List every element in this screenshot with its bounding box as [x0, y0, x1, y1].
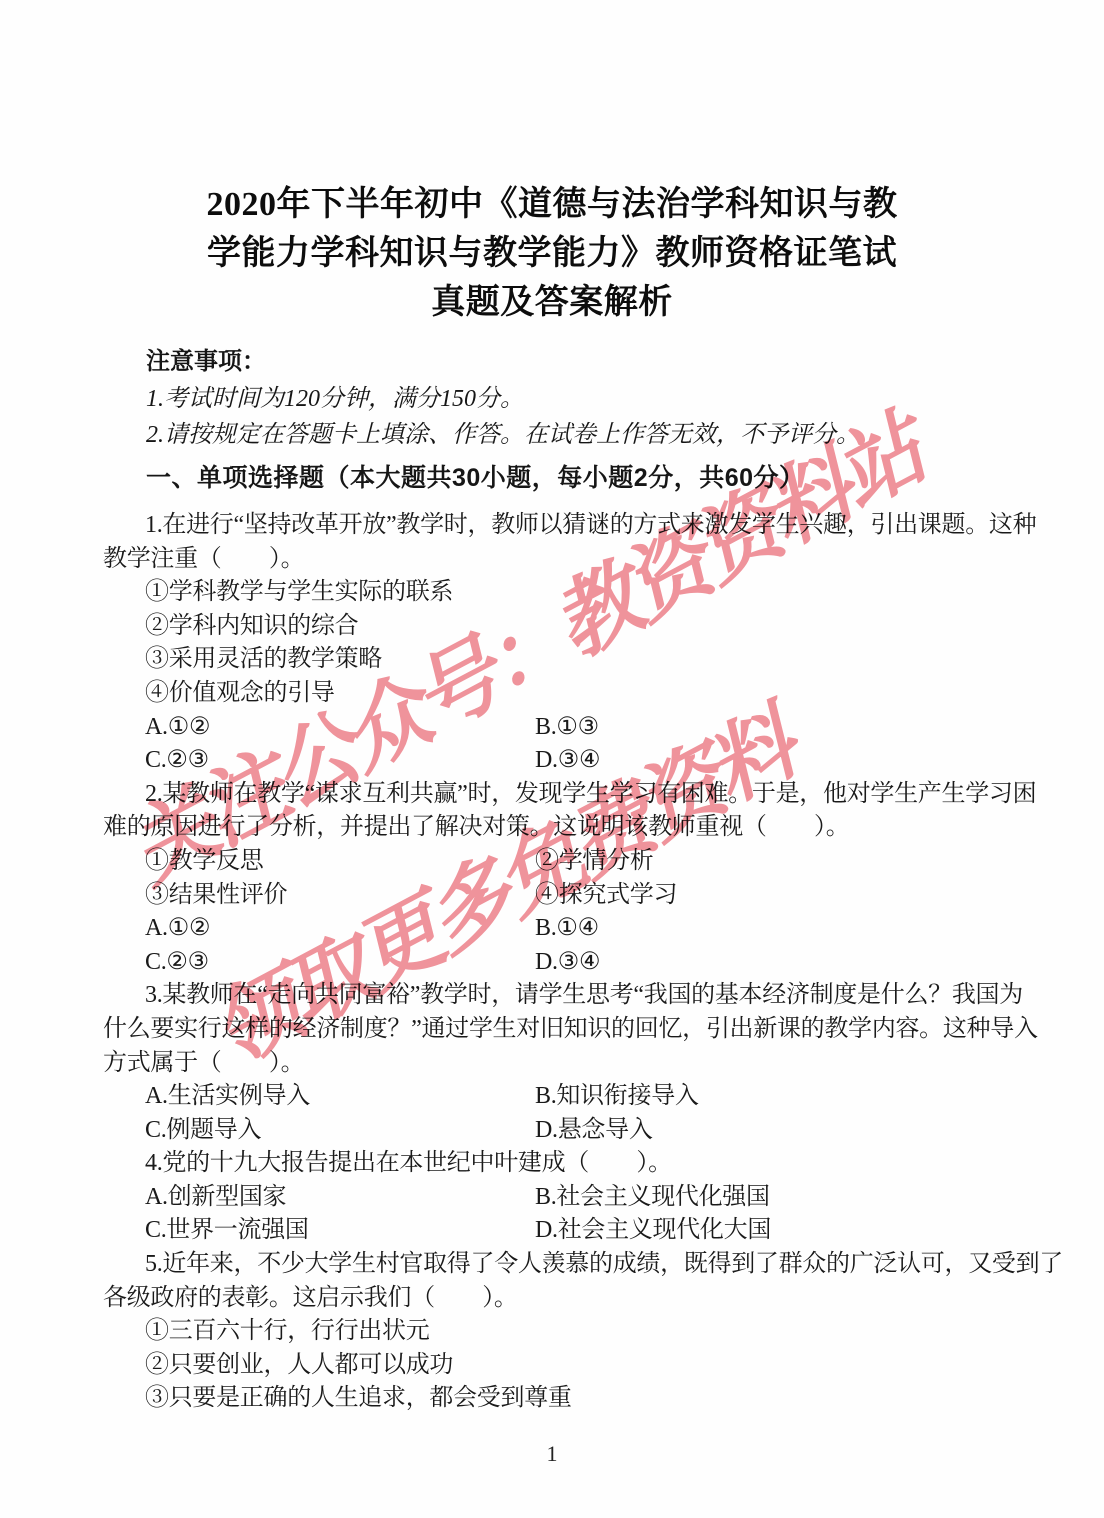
q2-item-1: ①教学反思 — [145, 845, 535, 879]
notice-header: 注意事项： — [146, 347, 266, 377]
q3-option-a: A.生活实例导入 — [145, 1080, 535, 1114]
q2-item-3: ③结果性评价 — [145, 879, 535, 913]
q2-option-c: C.②③ — [145, 946, 535, 980]
q1-item: ②学科内知识的综合 — [103, 610, 1003, 644]
title-line-3: 真题及答案解析 — [0, 278, 1104, 327]
notice-item: 1.考试时间为120分钟，满分150分。 — [146, 384, 524, 414]
q1-option-row: A.①② B.①③ — [103, 711, 1003, 745]
q3-option-c: C.例题导入 — [145, 1114, 535, 1148]
document-title: 2020年下半年初中《道德与法治学科知识与教 学能力学科知识与教学能力》教师资格… — [0, 180, 1104, 327]
q1-option-c: C.②③ — [145, 744, 535, 778]
q3-option-row: A.生活实例导入 B.知识衔接导入 — [103, 1080, 1003, 1114]
q5-item: ③只要是正确的人生追求，都会受到尊重 — [103, 1382, 1003, 1416]
q4-stem-line: 4.党的十九大报告提出在本世纪中叶建成（ ）。 — [103, 1147, 1003, 1181]
q3-stem-line: 3.某教师在“走向共同富裕”教学时，请学生思考“我国的基本经济制度是什么？我国为 — [103, 979, 1003, 1013]
q2-item-row: ①教学反思 ②学情分析 — [103, 845, 1003, 879]
q4-option-a: A.创新型国家 — [145, 1181, 535, 1215]
q5-stem-line: 5.近年来，不少大学生村官取得了令人羡慕的成绩，既得到了群众的广泛认可，又受到了 — [103, 1248, 1003, 1282]
q5-stem-line: 各级政府的表彰。这启示我们（ ）。 — [103, 1282, 1003, 1316]
q3-option-d: D.悬念导入 — [535, 1114, 653, 1148]
q2-stem-line: 2.某教师在教学“谋求互利共赢”时，发现学生学习有困难。于是，他对学生产生学习困 — [103, 778, 1003, 812]
q1-option-d: D.③④ — [535, 744, 600, 778]
q1-stem-line: 教学注重（ ）。 — [103, 543, 1003, 577]
q5-item: ①三百六十行，行行出状元 — [103, 1315, 1003, 1349]
page-number: 1 — [0, 1441, 1104, 1467]
q1-option-a: A.①② — [145, 711, 535, 745]
title-line-2: 学能力学科知识与教学能力》教师资格证笔试 — [0, 229, 1104, 278]
notice-item: 2.请按规定在答题卡上填涂、作答。在试卷上作答无效，不予评分。 — [146, 420, 860, 450]
q2-item-2: ②学情分析 — [535, 845, 654, 879]
q3-option-b: B.知识衔接导入 — [535, 1080, 699, 1114]
q4-option-c: C.世界一流强国 — [145, 1214, 535, 1248]
q1-item: ④价值观念的引导 — [103, 677, 1003, 711]
q1-stem-line: 1.在进行“坚持改革开放”教学时，教师以猜谜的方式来激发学生兴趣，引出课题。这种 — [103, 509, 1003, 543]
q1-item: ①学科教学与学生实际的联系 — [103, 576, 1003, 610]
q2-stem-line: 难的原因进行了分析，并提出了解决对策。这说明该教师重视（ ）。 — [103, 811, 1003, 845]
exam-document-page: 2020年下半年初中《道德与法治学科知识与教 学能力学科知识与教学能力》教师资格… — [0, 0, 1104, 1518]
q2-item-row: ③结果性评价 ④探究式学习 — [103, 879, 1003, 913]
q2-option-row: A.①② B.①④ — [103, 912, 1003, 946]
q4-option-row: A.创新型国家 B.社会主义现代化强国 — [103, 1181, 1003, 1215]
q4-option-b: B.社会主义现代化强国 — [535, 1181, 770, 1215]
q4-option-d: D.社会主义现代化大国 — [535, 1214, 771, 1248]
q2-option-d: D.③④ — [535, 946, 600, 980]
q2-item-4: ④探究式学习 — [535, 879, 677, 913]
q4-option-row: C.世界一流强国 D.社会主义现代化大国 — [103, 1214, 1003, 1248]
section-heading: 一、单项选择题（本大题共30小题，每小题2分，共60分） — [146, 463, 805, 493]
q2-option-b: B.①④ — [535, 912, 599, 946]
q3-stem-line: 方式属于（ ）。 — [103, 1047, 1003, 1081]
title-line-1: 2020年下半年初中《道德与法治学科知识与教 — [0, 180, 1104, 229]
q2-option-row: C.②③ D.③④ — [103, 946, 1003, 980]
q1-item: ③采用灵活的教学策略 — [103, 643, 1003, 677]
q1-option-b: B.①③ — [535, 711, 599, 745]
q2-option-a: A.①② — [145, 912, 535, 946]
q3-option-row: C.例题导入 D.悬念导入 — [103, 1114, 1003, 1148]
question-list: 1.在进行“坚持改革开放”教学时，教师以猜谜的方式来激发学生兴趣，引出课题。这种… — [103, 509, 1003, 1416]
q1-option-row: C.②③ D.③④ — [103, 744, 1003, 778]
q5-item: ②只要创业，人人都可以成功 — [103, 1349, 1003, 1383]
q3-stem-line: 什么要实行这样的经济制度？”通过学生对旧知识的回忆，引出新课的教学内容。这种导入 — [103, 1013, 1003, 1047]
